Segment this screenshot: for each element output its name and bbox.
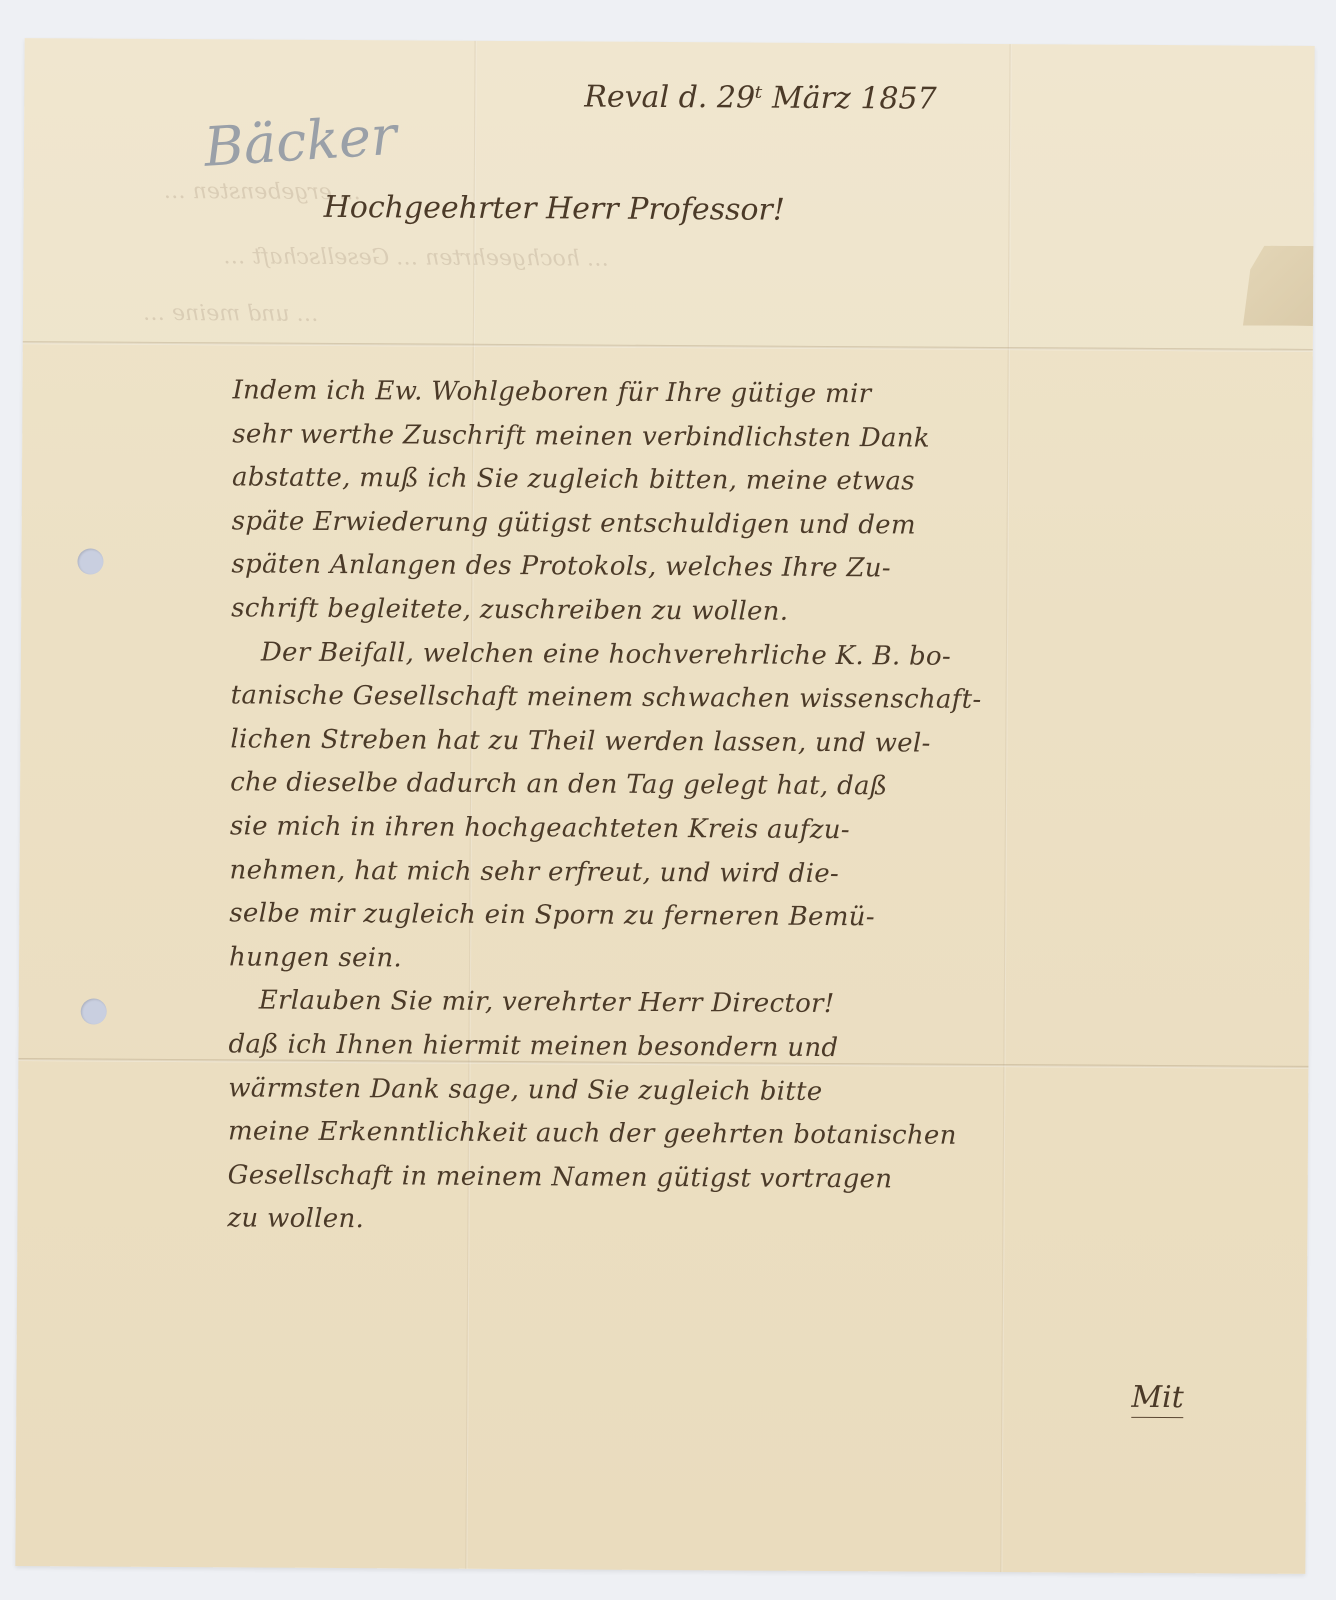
punch-hole [81, 998, 107, 1024]
letter-body: Indem ich Ew. Wohlgeboren für Ihre gütig… [227, 369, 1232, 1247]
body-line: daß ich Ihnen hiermit meinen besondern u… [228, 1023, 1228, 1073]
body-line: meine Erkenntlichkeit auch der geehrten … [228, 1110, 1228, 1160]
pencil-annotation: Bäcker [202, 104, 398, 179]
body-line-paragraph-start: Der Beifall, welchen eine hochverehrlich… [231, 631, 1231, 681]
body-line-paragraph-start: Erlauben Sie mir, verehrter Herr Directo… [229, 980, 1229, 1030]
body-line: zu wollen. [227, 1198, 1227, 1248]
punch-hole [77, 548, 103, 574]
body-line: sie mich in ihren hochgeachteten Kreis a… [230, 805, 1230, 855]
body-line: Gesellschaft in meinem Namen gütigst vor… [228, 1154, 1228, 1204]
dateline: Reval d. 29ᵗ März 1857 [584, 79, 937, 116]
body-line: hungen sein. [229, 936, 1229, 986]
body-line: wärmsten Dank sage, und Sie zugleich bit… [228, 1067, 1228, 1117]
body-line: lichen Streben hat zu Theil werden lasse… [230, 718, 1230, 768]
salutation: Hochgeehrter Herr Professor! [324, 190, 785, 228]
body-line: selbe mir zugleich ein Sporn zu ferneren… [229, 892, 1229, 942]
body-line: späte Erwiederung gütigst entschuldigen … [232, 500, 1232, 550]
body-line: späten Anlangen des Protokols, welches I… [231, 544, 1231, 594]
body-line: abstatte, muß ich Sie zugleich bitten, m… [232, 457, 1232, 507]
bleed-through-text: … und meine … [143, 301, 319, 327]
body-line: tanische Gesellschaft meinem schwachen w… [231, 675, 1231, 725]
body-line: sehr werthe Zuschrift meinen verbindlich… [232, 413, 1232, 463]
body-line: che dieselbe dadurch an den Tag gelegt h… [230, 762, 1230, 812]
body-line: nehmen, hat mich sehr erfreut, und wird … [229, 849, 1229, 899]
bleed-through-text: … hochgeehrten … Gesellschaft … [223, 244, 609, 271]
closing-word: Mit [1131, 1380, 1184, 1418]
body-line: Indem ich Ew. Wohlgeboren für Ihre gütig… [232, 369, 1232, 419]
body-line: schrift begleitete, zuschreiben zu wolle… [231, 587, 1231, 637]
letter-sheet: … ergebensten … … hochgeehrten … Gesells… [15, 38, 1314, 1574]
